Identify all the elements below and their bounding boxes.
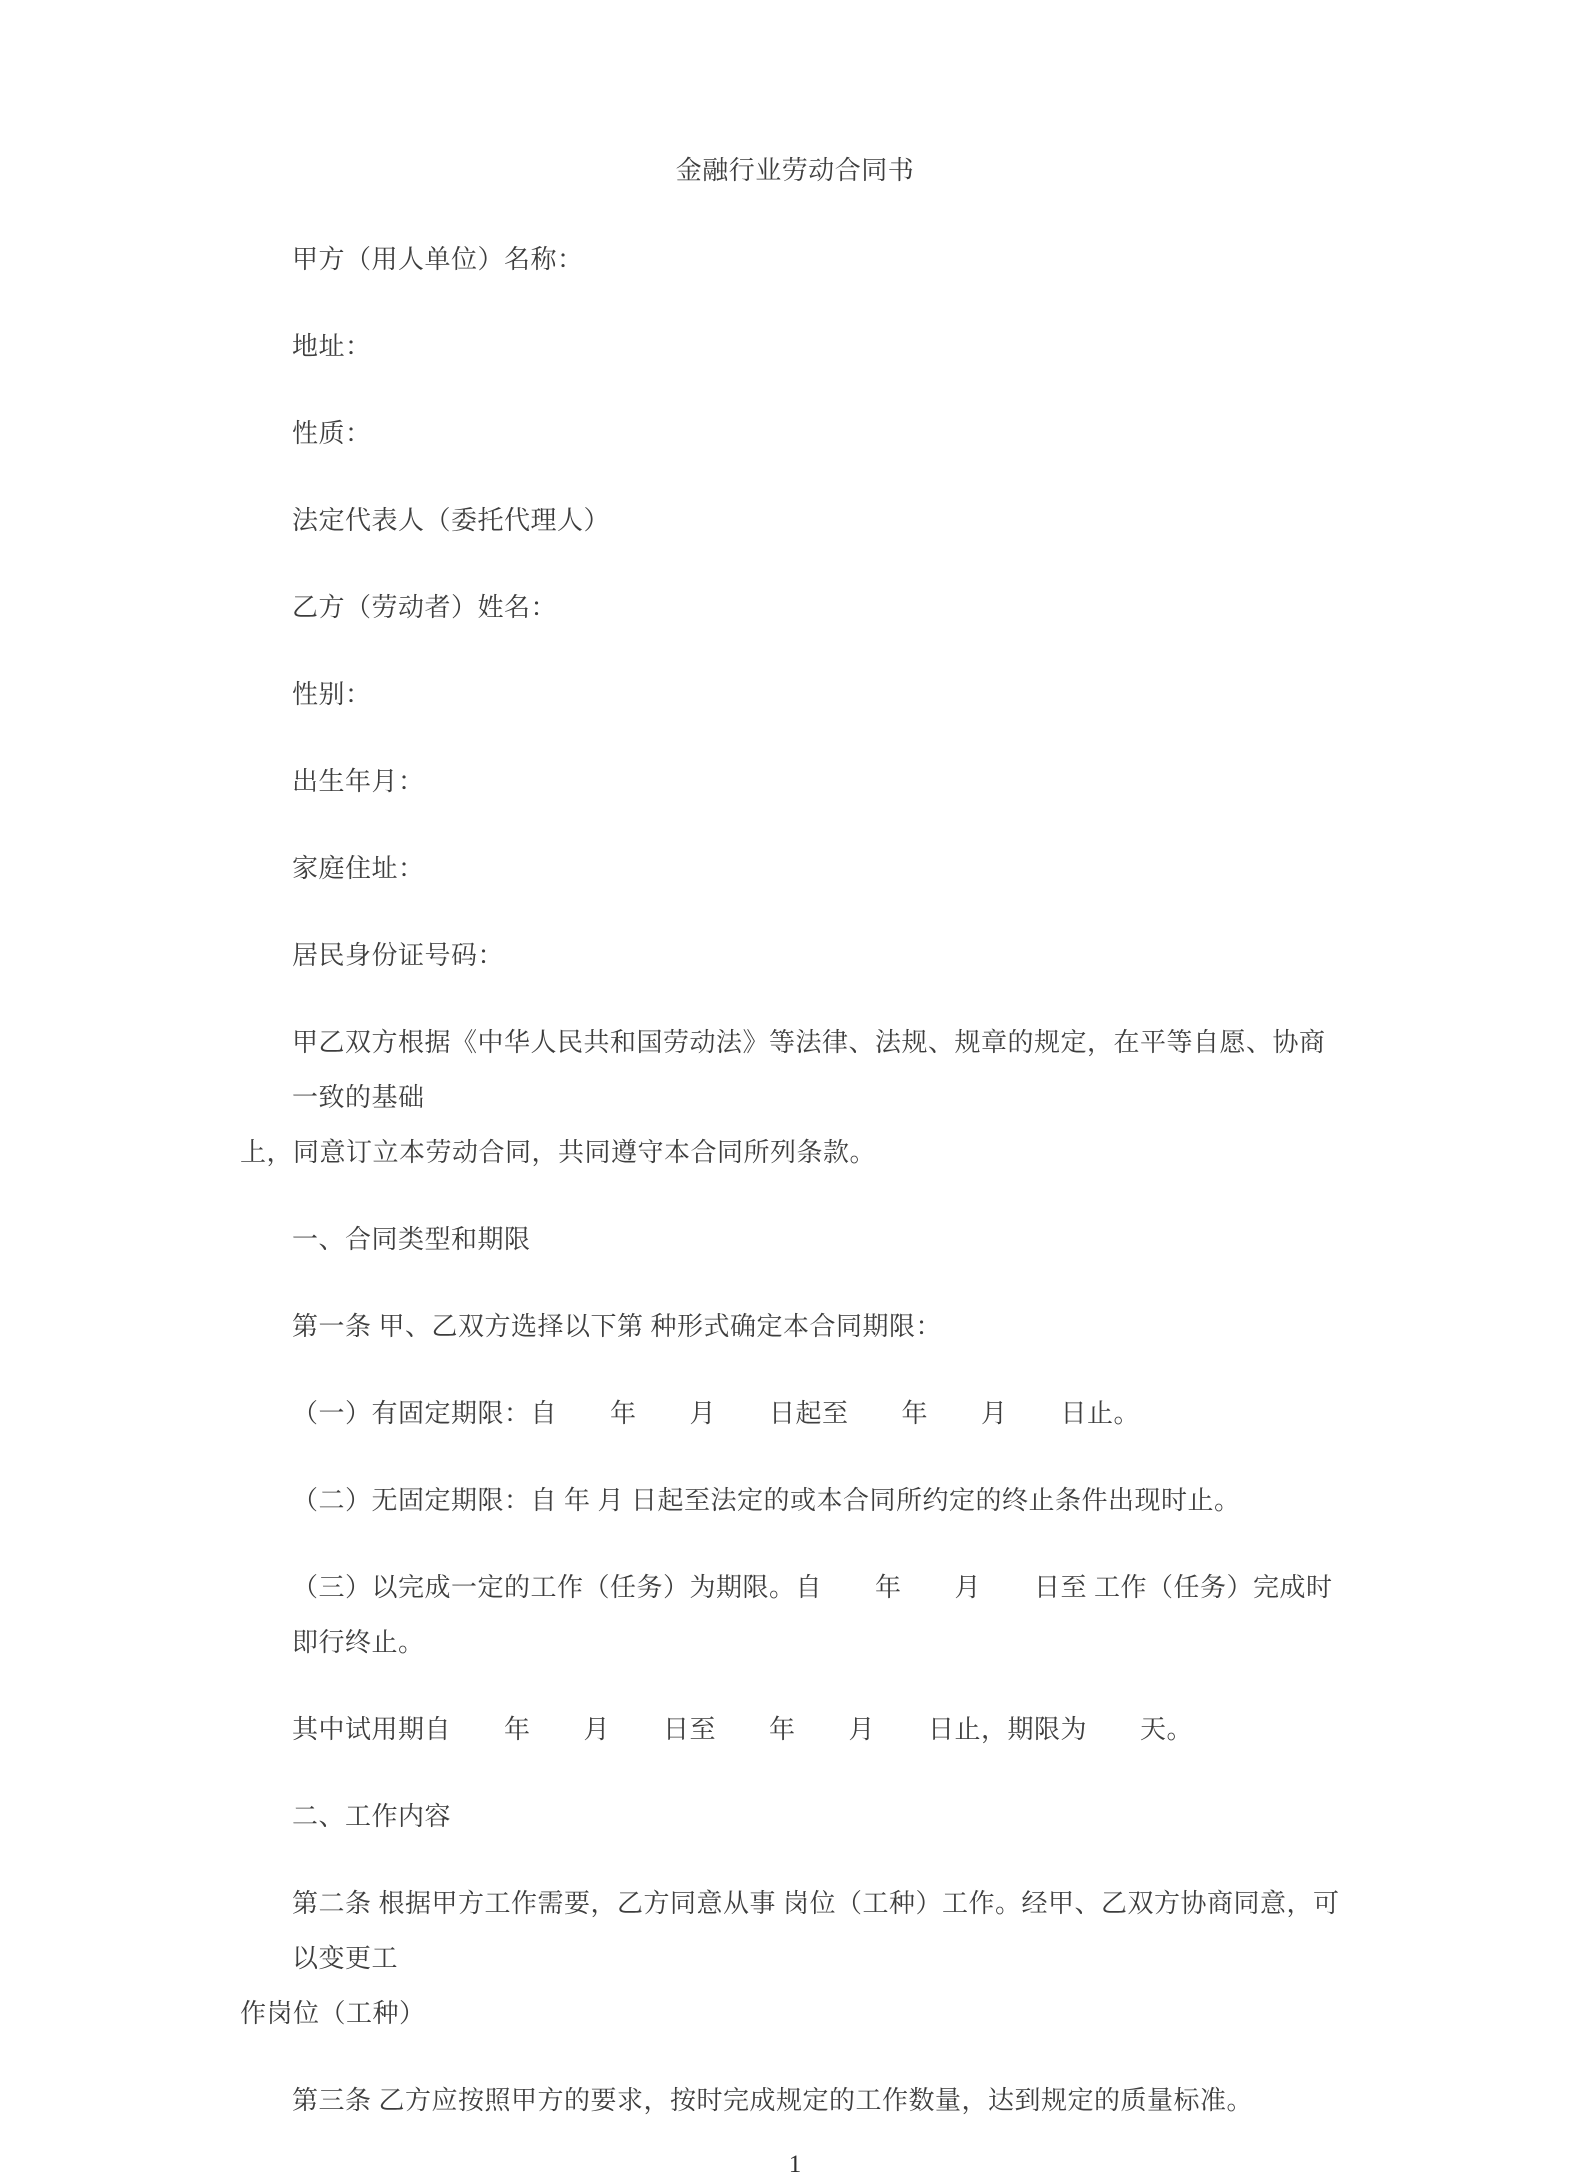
document-body: 金融行业劳动合同书 甲方（用人单位）名称： 地址： 性质： 法定代表人（委托代理… bbox=[0, 0, 1587, 2180]
field-address: 地址： bbox=[240, 319, 1350, 374]
preamble-line-1: 甲乙双方根据《中华人民共和国劳动法》等法律、法规、规章的规定，在平等自愿、协商一… bbox=[240, 1015, 1350, 1125]
field-home-address: 家庭住址： bbox=[240, 841, 1350, 896]
field-party-a-name: 甲方（用人单位）名称： bbox=[240, 232, 1350, 287]
article-2-line-2: 作岗位（工种） bbox=[240, 1986, 1350, 2041]
field-nature: 性质： bbox=[240, 406, 1350, 461]
document-title: 金融行业劳动合同书 bbox=[240, 143, 1350, 198]
page-number: 1 bbox=[240, 2150, 1350, 2180]
article-1: 第一条 甲、乙双方选择以下第 种形式确定本合同期限： bbox=[240, 1299, 1350, 1354]
section-1-heading: 一、合同类型和期限 bbox=[240, 1212, 1350, 1267]
field-legal-representative: 法定代表人（委托代理人） bbox=[240, 493, 1350, 548]
article-1-option-2: （二）无固定期限：自 年 月 日起至法定的或本合同所约定的终止条件出现时止。 bbox=[240, 1473, 1350, 1528]
section-2-heading: 二、工作内容 bbox=[240, 1789, 1350, 1844]
article-1-option-3: （三）以完成一定的工作（任务）为期限。自 年 月 日至 工作（任务）完成时即行终… bbox=[240, 1560, 1350, 1670]
article-3: 第三条 乙方应按照甲方的要求，按时完成规定的工作数量，达到规定的质量标准。 bbox=[240, 2073, 1350, 2128]
preamble-line-2: 上，同意订立本劳动合同，共同遵守本合同所列条款。 bbox=[240, 1125, 1350, 1180]
probation-clause: 其中试用期自 年 月 日至 年 月 日止，期限为 天。 bbox=[240, 1702, 1350, 1757]
article-1-option-1: （一）有固定期限：自 年 月 日起至 年 月 日止。 bbox=[240, 1386, 1350, 1441]
article-2-line-1: 第二条 根据甲方工作需要，乙方同意从事 岗位（工种）工作。经甲、乙双方协商同意，… bbox=[240, 1876, 1350, 1986]
field-party-b-name: 乙方（劳动者）姓名： bbox=[240, 580, 1350, 635]
field-gender: 性别： bbox=[240, 667, 1350, 722]
field-birth-date: 出生年月： bbox=[240, 754, 1350, 809]
contract-page: 金融行业劳动合同书 甲方（用人单位）名称： 地址： 性质： 法定代表人（委托代理… bbox=[0, 0, 1587, 2180]
field-id-number: 居民身份证号码： bbox=[240, 928, 1350, 983]
